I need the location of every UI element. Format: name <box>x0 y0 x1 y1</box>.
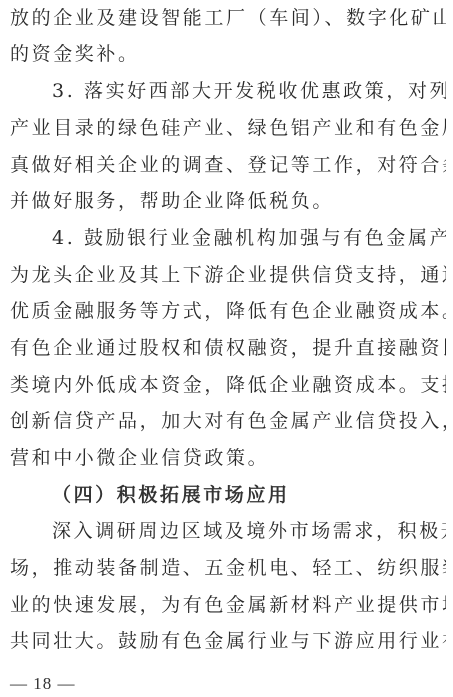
text-line: 并做好服务，帮助企业降低税负。 <box>10 183 446 219</box>
text-line: 优质金融服务等方式，降低有色企业融资成本。支持符合条件的 <box>10 293 446 329</box>
text-line: 创新信贷产品，加大对有色金属产业信贷投入，有效落实支持民 <box>10 403 446 439</box>
text-line: 共同壮大。鼓励有色金属行业与下游应用行业在设计、生产、使 <box>10 623 446 659</box>
list-item-3: 3. 落实好西部大开发税收优惠政策，对列入西部地区鼓励类 <box>10 73 446 109</box>
section-heading: （四）积极拓展市场应用 <box>10 477 446 513</box>
page-number: — 18 — <box>10 672 76 696</box>
list-item-4: 4. 鼓励银行业金融机构加强与有色金属产业龙头企业合作， <box>10 220 446 256</box>
text-line: 场，推动装备制造、五金机电、轻工、纺织服装等各种加工制造 <box>10 550 446 586</box>
text-line: 的资金奖补。 <box>10 36 446 72</box>
text-line: 产业目录的绿色硅产业、绿色铝产业和有色金属深加工产业，认 <box>10 110 446 146</box>
text-line: 为龙头企业及其上下游企业提供信贷支持，通过减费降息、提供 <box>10 257 446 293</box>
text-line: 放的企业及建设智能工厂（车间）、数字化矿山的项目给予一定 <box>10 0 446 36</box>
text-line: 营和中小微企业信贷政策。 <box>10 440 446 476</box>
text-line: 类境内外低成本资金，降低企业融资成本。支持和引导金融机构 <box>10 367 446 403</box>
text-line: 业的快速发展，为有色金属新材料产业提供市场，并互相支撑、 <box>10 587 446 623</box>
paragraph-start: 深入调研周边区域及境外市场需求，积极开拓和培育下游市 <box>10 513 446 549</box>
text-line: 有色企业通过股权和债权融资，提升直接融资比重，积极引进各 <box>10 330 446 366</box>
text-line: 真做好相关企业的调查、登记等工作，对符合条件的要主动告知 <box>10 147 446 183</box>
